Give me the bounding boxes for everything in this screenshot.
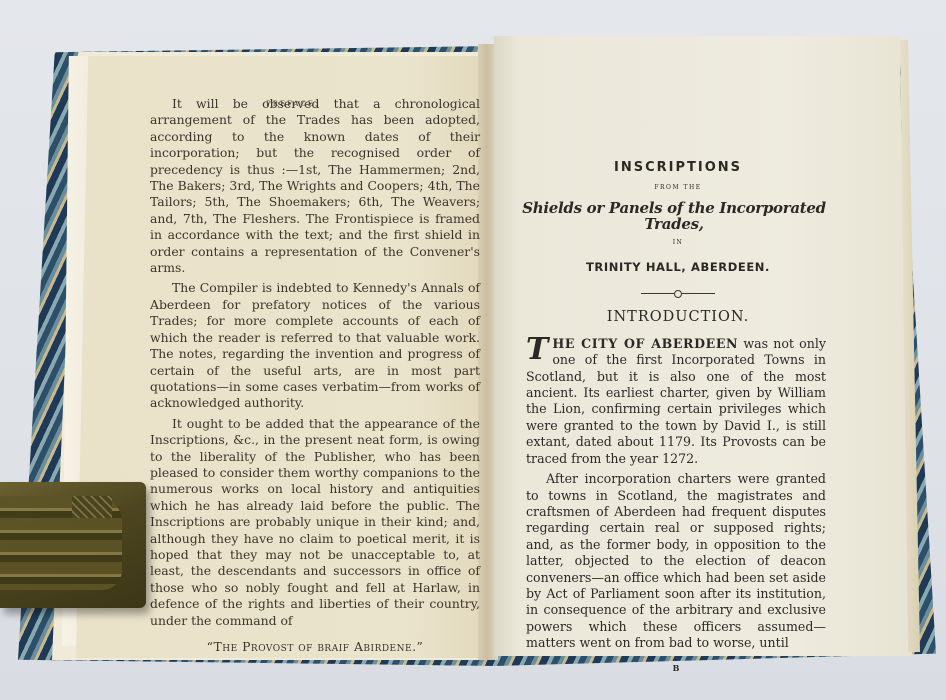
provost-quote: “The Provost of braif Abirdene.” [150,639,480,655]
ornamental-rule [641,289,715,297]
preface-paragraph-2: The Compiler is indebted to Kennedy's An… [150,280,480,411]
preface-text: It will be observed that a chronological… [150,96,480,655]
introduction-heading: INTRODUCTION. [530,309,826,325]
blackletter-subtitle: Shields or Panels of the Incorporated Tr… [504,200,844,233]
intro-paragraph-1: THE CITY OF ABERDEEN was not only one of… [526,336,826,467]
preface-paragraph-3: It ought to be added that the appearance… [150,416,480,629]
brass-hand-page-clip [0,482,146,608]
introduction-body: THE CITY OF ABERDEEN was not only one of… [526,336,826,676]
in-label: IN [530,235,826,251]
rule-circle-ornament [674,290,682,298]
ornate-dropcap: T [526,336,548,364]
introduction-page: INSCRIPTIONS FROM THE Shields or Panels … [530,160,826,676]
intro-paragraph-1-text: was not only one of the first Incorporat… [526,336,826,466]
location-title: TRINITY HALL, ABERDEEN. [530,259,826,275]
from-the-label: FROM THE [530,180,826,196]
signature-mark: B [526,660,826,676]
cuff-crosshatch [72,496,112,518]
inscriptions-title: INSCRIPTIONS [530,160,826,176]
preface-paragraph-1: It will be observed that a chronological… [150,96,480,276]
intro-paragraph-2: After incorporation charters were grante… [526,471,826,651]
city-caps: HE CITY OF ABERDEEN [552,336,738,351]
